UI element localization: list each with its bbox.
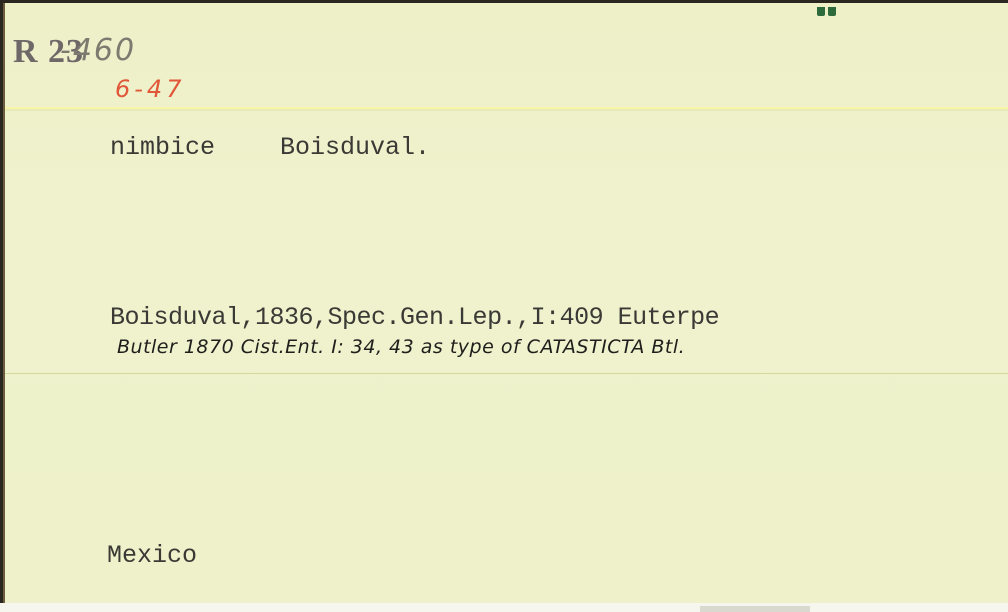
locality: Mexico xyxy=(107,541,197,570)
index-card: R 23 -460 6-47 nimbice Boisduval. Boisdu… xyxy=(3,3,1008,603)
header-rule-line xyxy=(5,107,1008,109)
green-tab-marker xyxy=(817,3,839,12)
typed-reference: Boisduval,1836,Spec.Gen.Lep.,I:409 Euter… xyxy=(110,303,719,332)
handwritten-red-note: 6-47 xyxy=(115,75,185,103)
handwritten-catalog-number: -460 xyxy=(60,33,136,68)
card-bottom-edge xyxy=(0,603,1008,612)
bottom-tab xyxy=(700,606,810,612)
handwritten-reference: Butler 1870 Cist.Ent. I: 34, 43 as type … xyxy=(117,336,685,358)
species-author: Boisduval. xyxy=(280,133,430,162)
ruled-line xyxy=(5,373,1008,374)
species-name: nimbice xyxy=(110,133,215,162)
